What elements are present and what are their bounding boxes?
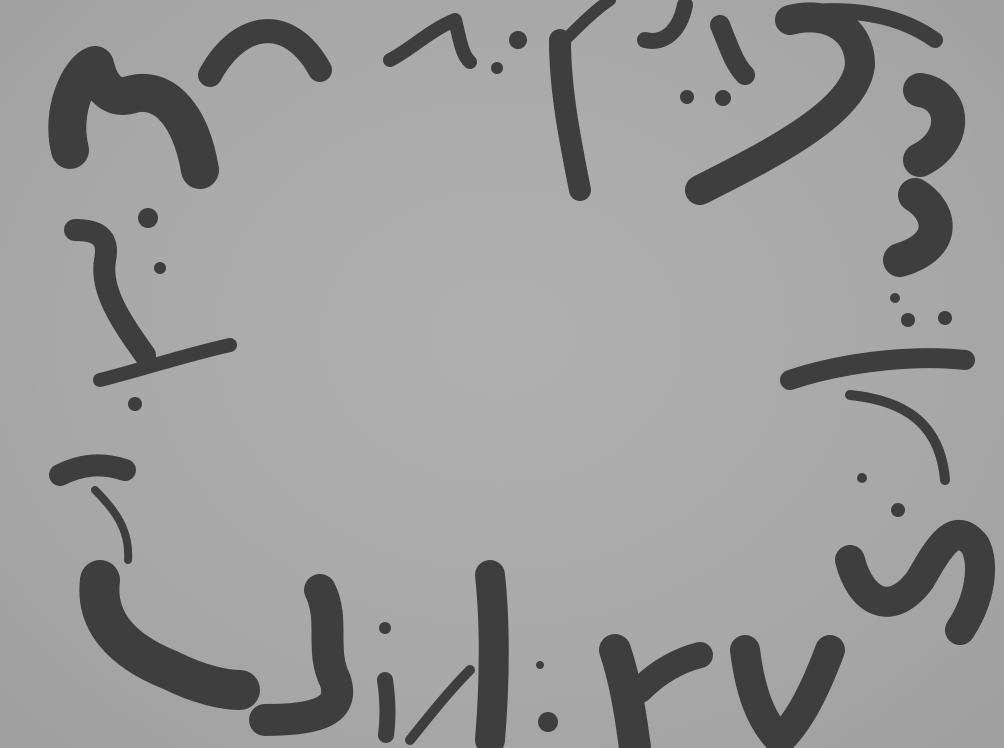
brush-strokes <box>0 0 1004 748</box>
ink-dot <box>715 90 731 106</box>
ink-brush-artwork: Ink brush strokes forming a border <box>0 0 1004 748</box>
stroke-bottom-s <box>265 590 337 720</box>
ink-dot <box>491 62 503 74</box>
ink-dot <box>138 208 158 228</box>
ink-dot <box>509 31 527 49</box>
ink-dot <box>857 473 867 483</box>
stroke-right-blob-1 <box>920 90 948 160</box>
stroke-bottom-right-s <box>850 535 980 630</box>
ink-dot <box>890 293 900 303</box>
ink-dot <box>379 622 391 634</box>
stroke-right-horizontal <box>790 358 965 380</box>
stroke-top-arch <box>210 31 320 75</box>
ink-dot <box>154 262 166 274</box>
stroke-bottom-v <box>745 650 830 740</box>
stroke-small-peak <box>390 20 470 62</box>
stroke-bottom-left-sweep <box>99 580 240 690</box>
stroke-left-base <box>100 345 230 380</box>
ink-dot <box>536 661 544 669</box>
stroke-bottom-r-arm <box>640 655 700 690</box>
stroke-comma <box>720 25 745 75</box>
stroke-bottom-diagonal <box>410 670 470 740</box>
stroke-bottom-tall <box>490 575 494 740</box>
stroke-top-left-blob <box>67 65 200 170</box>
stroke-left-glyph <box>75 230 145 355</box>
stroke-right-hook <box>850 395 945 480</box>
stroke-hook <box>645 5 685 41</box>
ink-dot <box>128 397 142 411</box>
ink-dot <box>891 503 905 517</box>
stroke-bottom-dot-stem <box>385 680 387 735</box>
stroke-vertical-drip <box>560 40 580 190</box>
stroke-vertical-top <box>565 0 610 40</box>
stroke-left-connector <box>95 490 128 560</box>
ink-dot <box>938 311 952 325</box>
ink-dot <box>901 313 915 327</box>
ink-dot <box>538 712 558 732</box>
stroke-left-hook <box>60 465 125 475</box>
ink-dot <box>680 90 694 104</box>
stroke-right-blob-2 <box>900 195 936 260</box>
